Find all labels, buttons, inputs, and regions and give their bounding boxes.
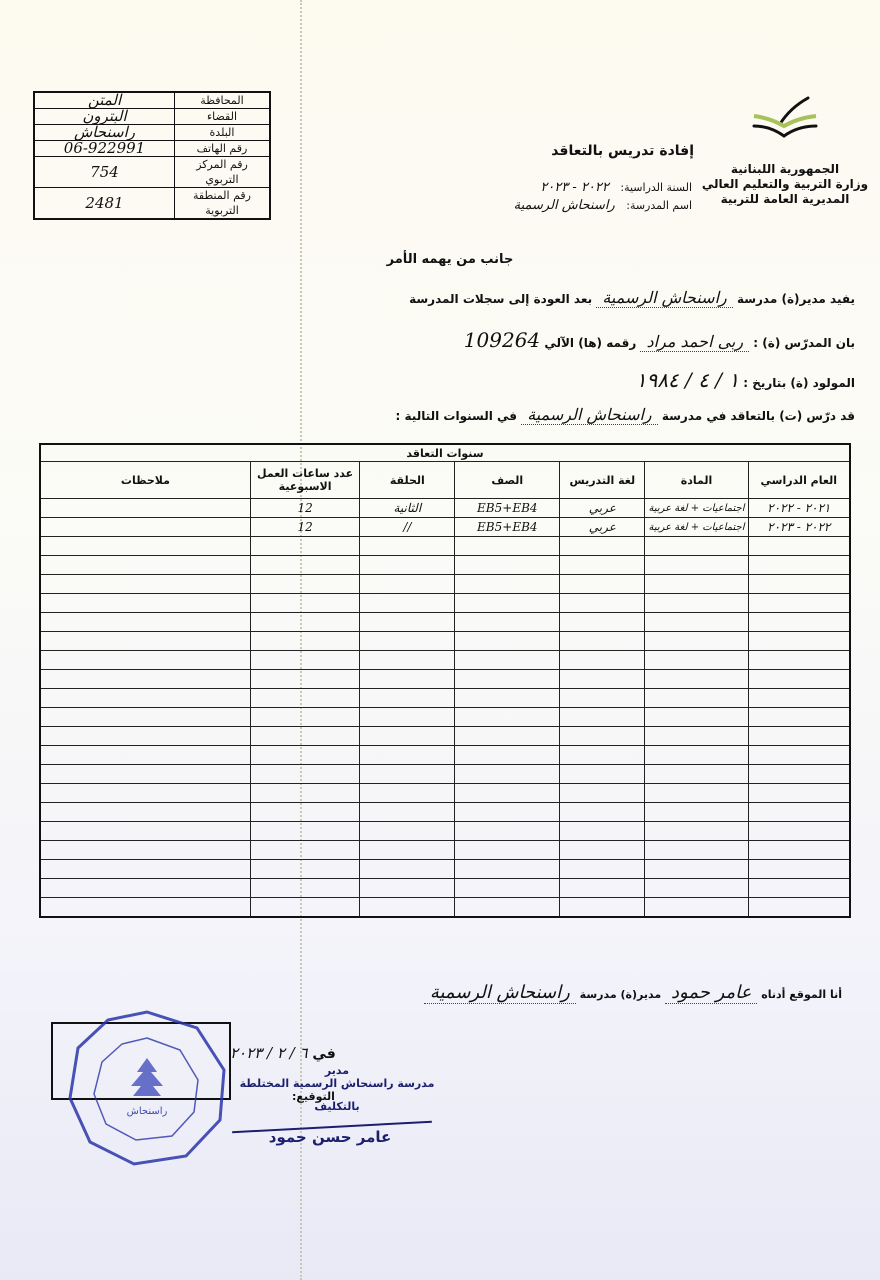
table-cell — [645, 841, 748, 860]
table-row-empty — [40, 841, 850, 860]
column-header: ملاحظات — [40, 462, 250, 499]
table-cell — [40, 518, 250, 537]
table-row-empty — [40, 708, 850, 727]
table-cell — [645, 689, 748, 708]
table-cell — [360, 689, 455, 708]
column-header: الحلقة — [360, 462, 455, 499]
table-cell: اجتماعيات + لغة عربية — [645, 518, 748, 537]
table-cell — [560, 841, 645, 860]
table-cell — [250, 765, 359, 784]
table-cell — [560, 803, 645, 822]
info-row: 06-922991رقم الهاتف — [34, 141, 270, 157]
table-cell — [748, 594, 850, 613]
date-of-birth-fill: ١ / ٤ / ١٩٨٤ — [636, 368, 739, 392]
table-cell — [360, 670, 455, 689]
info-row: البترونالقضاء — [34, 109, 270, 125]
table-cell — [560, 689, 645, 708]
table-cell — [360, 613, 455, 632]
table-cell — [645, 746, 748, 765]
table-cell — [455, 860, 560, 879]
table-cell — [645, 556, 748, 575]
table-cell — [560, 632, 645, 651]
info-value: 06-922991 — [34, 141, 175, 157]
table-cell — [360, 784, 455, 803]
principal-stamp-text: مدير مدرسة راسنحاش الرسمية المختلطة بالت… — [222, 1064, 452, 1113]
table-cell — [455, 708, 560, 727]
table-row-empty — [40, 727, 850, 746]
table-cell — [560, 537, 645, 556]
table-cell — [250, 594, 359, 613]
table-cell — [645, 727, 748, 746]
table-cell — [40, 708, 250, 727]
table-cell: // — [360, 518, 455, 537]
table-cell — [360, 822, 455, 841]
table-cell — [560, 746, 645, 765]
table-cell — [748, 708, 850, 727]
statement-text: بان المدرّس (ة) : — [753, 336, 855, 350]
table-cell — [40, 651, 250, 670]
table-cell — [455, 746, 560, 765]
statement-text: أنا الموقع أدناه — [761, 988, 842, 1001]
table-cell — [40, 746, 250, 765]
table-cell — [560, 556, 645, 575]
table-cell — [455, 689, 560, 708]
school-name-fill: راسنحاش الرسمية — [596, 288, 732, 308]
table-cell: عربي — [560, 518, 645, 537]
table-cell — [748, 613, 850, 632]
stamp-title: مدير — [222, 1064, 452, 1077]
table-cell — [748, 784, 850, 803]
issue-date-line: في ٦ / ٢ / ٢٠٢٣ — [230, 1044, 336, 1062]
table-cell — [250, 708, 359, 727]
table-cell — [560, 765, 645, 784]
table-cell — [645, 822, 748, 841]
signature-label: التوقيع: — [292, 1090, 335, 1103]
table-cell — [250, 670, 359, 689]
table-cell — [645, 613, 748, 632]
table-cell — [560, 784, 645, 803]
table-cell — [40, 499, 250, 518]
info-row: 754رقم المركز التربوي — [34, 157, 270, 188]
info-row: 2481رقم المنطقة التربوية — [34, 188, 270, 220]
table-cell — [455, 651, 560, 670]
table-cell — [40, 803, 250, 822]
info-label: القضاء — [175, 109, 271, 125]
table-cell — [250, 556, 359, 575]
table-cell — [455, 632, 560, 651]
signer-name: عامر حسن حمود — [230, 1128, 430, 1146]
table-cell — [560, 670, 645, 689]
school-name-label: اسم المدرسة: — [626, 199, 692, 212]
table-cell — [560, 860, 645, 879]
column-header: الصف — [455, 462, 560, 499]
info-label: رقم المركز التربوي — [175, 157, 271, 188]
school-info-box: المتنالمحافظةالبترونالقضاءراسنحاشالبلدة0… — [33, 91, 271, 220]
table-cell — [645, 632, 748, 651]
table-cell — [40, 594, 250, 613]
table-row-empty — [40, 784, 850, 803]
info-label: البلدة — [175, 125, 271, 141]
svg-text:راسنحاش: راسنحاش — [127, 1106, 168, 1117]
addressee-heading: جانب من يهمه الأمر — [360, 252, 540, 267]
table-cell — [40, 556, 250, 575]
table-cell — [560, 822, 645, 841]
issue-date-value: ٦ / ٢ / ٢٠٢٣ — [230, 1044, 308, 1062]
table-cell — [645, 594, 748, 613]
table-cell — [250, 822, 359, 841]
table-cell — [40, 784, 250, 803]
table-cell — [748, 803, 850, 822]
statement-text: بعد العودة إلى سجلات المدرسة — [409, 292, 592, 306]
statement-text: قد درّس (ت) بالتعاقد في مدرسة — [662, 409, 855, 423]
info-label: رقم المنطقة التربوية — [175, 188, 271, 220]
statement-line-2: بان المدرّس (ة) : ربى احمد مراد رقمه (ها… — [464, 328, 855, 352]
school-name-value: راسنحاش الرسمية — [514, 198, 615, 213]
table-cell — [560, 575, 645, 594]
table-cell — [40, 860, 250, 879]
table-cell — [455, 670, 560, 689]
table-cell — [250, 803, 359, 822]
column-header: المادة — [645, 462, 748, 499]
table-cell — [748, 651, 850, 670]
table-cell — [645, 765, 748, 784]
statement-text: يفيد مدير(ة) مدرسة — [737, 292, 855, 306]
table-cell — [40, 670, 250, 689]
statement-text: المولود (ة) بتاريخ : — [743, 376, 855, 390]
table-cell — [748, 632, 850, 651]
table-cell — [360, 556, 455, 575]
table-cell — [645, 860, 748, 879]
school-name-fill: راسنحاش الرسمية — [521, 405, 657, 425]
table-row-empty — [40, 632, 850, 651]
ministry-book-logo-icon — [750, 96, 820, 146]
ministry-line-1: الجمهورية اللبنانية — [700, 162, 870, 177]
table-cell — [645, 575, 748, 594]
ministry-header: الجمهورية اللبنانية وزارة التربية والتعل… — [700, 162, 870, 207]
table-cell — [748, 765, 850, 784]
table-cell — [748, 746, 850, 765]
table-cell — [40, 632, 250, 651]
table-cell: ٢٠٢٢ - ٢٠٢٣ — [748, 518, 850, 537]
table-cell — [40, 689, 250, 708]
table-cell — [645, 898, 748, 918]
statement-line-3: المولود (ة) بتاريخ : ١ / ٤ / ١٩٨٤ — [636, 368, 855, 392]
table-cell — [748, 575, 850, 594]
stamp-assignment: بالتكليف — [222, 1100, 452, 1113]
table-row-empty — [40, 689, 850, 708]
table-cell — [748, 841, 850, 860]
table-cell — [40, 898, 250, 918]
table-cell — [250, 784, 359, 803]
table-row-empty — [40, 537, 850, 556]
statement-line-4: قد درّس (ت) بالتعاقد في مدرسة راسنحاش ال… — [396, 405, 855, 424]
teacher-name-fill: ربى احمد مراد — [640, 332, 749, 352]
table-cell — [360, 575, 455, 594]
table-row-empty — [40, 803, 850, 822]
table-row-empty — [40, 860, 850, 879]
table-cell — [645, 879, 748, 898]
table-cell — [455, 803, 560, 822]
table-cell — [455, 613, 560, 632]
teacher-id-fill: 109264 — [464, 328, 540, 352]
table-cell — [645, 803, 748, 822]
table-cell — [645, 670, 748, 689]
table-cell — [455, 575, 560, 594]
table-cell — [560, 651, 645, 670]
table-cell — [455, 594, 560, 613]
table-cell — [455, 841, 560, 860]
date-prefix: في — [312, 1046, 335, 1062]
table-cell — [455, 727, 560, 746]
table-cell — [455, 879, 560, 898]
table-cell — [360, 879, 455, 898]
table-title: سنوات التعاقد — [40, 444, 850, 462]
signatory-school-fill: راسنحاش الرسمية — [424, 982, 576, 1004]
contract-years-table: سنوات التعاقد العام الدراسيالمادةلغة الت… — [39, 443, 851, 918]
academic-year-line: السنة الدراسية: ٢٠٢٢ - ٢٠٢٣ — [540, 180, 692, 195]
column-header: العام الدراسي — [748, 462, 850, 499]
table-cell — [645, 651, 748, 670]
table-cell — [560, 879, 645, 898]
table-cell — [250, 746, 359, 765]
table-cell — [40, 727, 250, 746]
table-cell — [250, 841, 359, 860]
table-cell — [748, 860, 850, 879]
table-row-empty — [40, 765, 850, 784]
table-cell — [360, 841, 455, 860]
table-row-empty — [40, 746, 850, 765]
table-row-empty — [40, 575, 850, 594]
table-cell — [250, 575, 359, 594]
table-cell — [250, 879, 359, 898]
table-cell — [40, 822, 250, 841]
table-cell: عربي — [560, 499, 645, 518]
table-cell — [748, 689, 850, 708]
table-cell — [748, 670, 850, 689]
table-row-empty — [40, 651, 850, 670]
table-cell: الثانية — [360, 499, 455, 518]
table-row-empty — [40, 594, 850, 613]
table-cell — [360, 765, 455, 784]
column-header: لغة التدريس — [560, 462, 645, 499]
column-header: عدد ساعات العمل الاسبوعية — [250, 462, 359, 499]
table-cell — [250, 689, 359, 708]
table-cell — [360, 803, 455, 822]
table-cell — [748, 879, 850, 898]
table-cell — [40, 879, 250, 898]
table-cell: 12 — [250, 518, 359, 537]
table-cell — [748, 898, 850, 918]
table-cell — [40, 613, 250, 632]
table-cell — [360, 860, 455, 879]
table-cell — [560, 594, 645, 613]
table-cell — [360, 727, 455, 746]
table-cell — [645, 708, 748, 727]
table-cell — [250, 632, 359, 651]
ministry-line-2: وزارة التربية والتعليم العالي — [700, 177, 870, 192]
table-cell — [360, 898, 455, 918]
table-cell: EB5+EB4 — [455, 518, 560, 537]
table-cell — [455, 784, 560, 803]
table-row-empty — [40, 822, 850, 841]
table-cell — [40, 841, 250, 860]
academic-year-label: السنة الدراسية: — [620, 181, 692, 194]
statement-text: في السنوات التالية : — [396, 409, 517, 423]
table-cell — [560, 708, 645, 727]
table-row: ٢٠٢١ - ٢٠٢٢اجتماعيات + لغة عربيةعربيEB5+… — [40, 499, 850, 518]
table-row-empty — [40, 898, 850, 918]
table-cell — [455, 556, 560, 575]
statement-text: رقمه (ها) الآلي — [544, 336, 636, 350]
table-row-empty — [40, 556, 850, 575]
table-cell — [250, 613, 359, 632]
table-cell — [560, 727, 645, 746]
stamp-school: مدرسة راسنحاش الرسمية المختلطة — [222, 1077, 452, 1090]
table-cell — [250, 537, 359, 556]
info-value: 754 — [34, 157, 175, 188]
official-seal-icon: راسنحاش — [62, 1008, 232, 1168]
table-cell — [748, 727, 850, 746]
table-cell — [455, 822, 560, 841]
table-cell: اجتماعيات + لغة عربية — [645, 499, 748, 518]
statement-line-1: يفيد مدير(ة) مدرسة راسنحاش الرسمية بعد ا… — [409, 288, 855, 307]
table-cell — [560, 613, 645, 632]
table-cell — [360, 651, 455, 670]
school-name-line: اسم المدرسة: راسنحاش الرسمية — [514, 198, 692, 213]
academic-year-value: ٢٠٢٢ - ٢٠٢٣ — [540, 180, 609, 195]
table-cell — [455, 537, 560, 556]
table-cell — [250, 651, 359, 670]
table-row: ٢٠٢٢ - ٢٠٢٣اجتماعيات + لغة عربيةعربيEB5+… — [40, 518, 850, 537]
signatory-name-fill: عامر حمود — [665, 982, 757, 1004]
table-cell — [40, 537, 250, 556]
table-cell — [250, 860, 359, 879]
table-cell — [40, 575, 250, 594]
info-label: المحافظة — [175, 92, 271, 109]
ministry-line-3: المديرية العامة للتربية — [700, 192, 870, 207]
info-label: رقم الهاتف — [175, 141, 271, 157]
table-cell: ٢٠٢١ - ٢٠٢٢ — [748, 499, 850, 518]
table-cell — [748, 537, 850, 556]
table-row-empty — [40, 613, 850, 632]
table-cell — [360, 594, 455, 613]
signatory-line: أنا الموقع أدناه عامر حمود مدير(ة) مدرسة… — [424, 982, 842, 1003]
table-row-empty — [40, 879, 850, 898]
table-cell: 12 — [250, 499, 359, 518]
table-cell — [360, 537, 455, 556]
table-cell — [560, 898, 645, 918]
info-value: 2481 — [34, 188, 175, 220]
table-row-empty — [40, 670, 850, 689]
document-title: إفادة تدريس بالتعاقد — [551, 143, 694, 159]
info-row: المتنالمحافظة — [34, 92, 270, 109]
table-cell — [40, 765, 250, 784]
table-cell — [748, 556, 850, 575]
table-cell — [645, 537, 748, 556]
table-cell — [250, 898, 359, 918]
table-cell — [250, 727, 359, 746]
statement-text: مدير(ة) مدرسة — [580, 988, 662, 1001]
table-cell — [645, 784, 748, 803]
table-cell — [748, 822, 850, 841]
table-cell — [455, 765, 560, 784]
table-cell — [455, 898, 560, 918]
table-cell — [360, 632, 455, 651]
table-cell: EB5+EB4 — [455, 499, 560, 518]
table-cell — [360, 708, 455, 727]
table-cell — [360, 746, 455, 765]
